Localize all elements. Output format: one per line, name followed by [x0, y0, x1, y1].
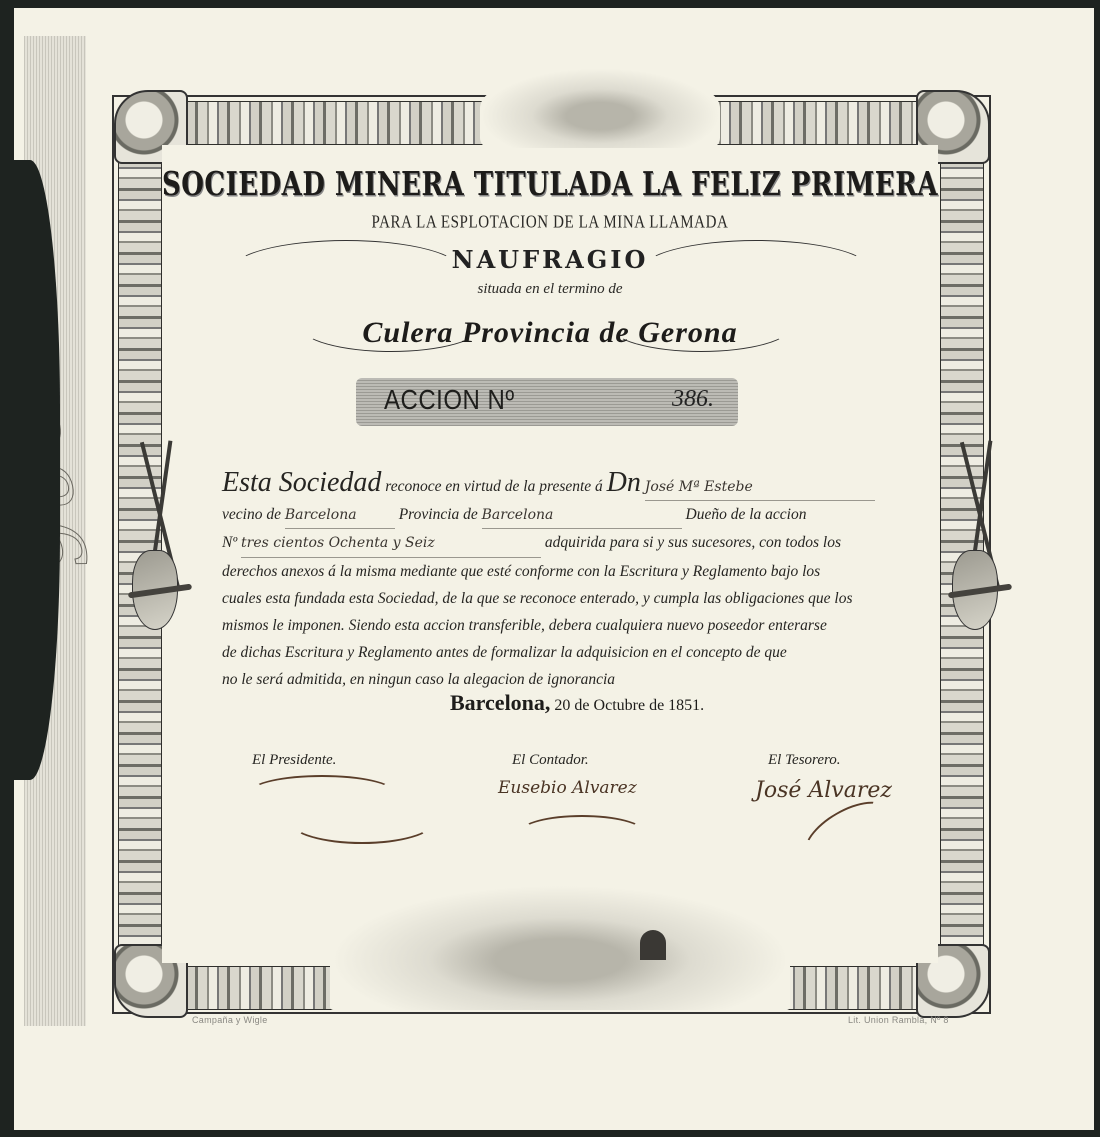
mine-name: NAUFRAGIO	[162, 245, 938, 274]
mine-entrance-icon	[640, 930, 666, 960]
residence-field: Barcelona	[285, 502, 395, 529]
torn-edge	[0, 160, 60, 780]
signature-paraph	[290, 800, 434, 844]
share-label: ACCION Nº	[384, 385, 515, 417]
purpose-subtitle: PARA LA ESPLOTACION DE LA MINA LLAMADA	[162, 213, 938, 233]
holder-name-field: José Mª Estebe	[645, 474, 875, 501]
province-field: Barcelona	[482, 502, 682, 529]
share-number: 386.	[672, 386, 714, 413]
printer-imprint: Lit. Union Rambla, Nº 8	[848, 1015, 949, 1025]
engraver-imprint: Campaña y Wigle	[192, 1015, 268, 1025]
text-line: cuales esta fundada esta Sociedad, de la…	[222, 586, 952, 613]
text-line: Nº tres cientos Ochenta y Seiz adquirida…	[222, 530, 952, 558]
president-label: El Presidente.	[252, 752, 336, 769]
text-line: de dichas Escritura y Reglamento antes d…	[222, 640, 952, 667]
accountant-label: El Contador.	[512, 752, 589, 769]
share-words-field: tres cientos Ochenta y Seiz	[241, 530, 541, 557]
signature-paraph	[520, 815, 644, 849]
share-number-panel: ACCION Nº 386.	[356, 378, 738, 426]
mining-tools-trophy-icon	[128, 440, 192, 640]
mine-landscape-vignette	[330, 885, 790, 1010]
company-title: SOCIEDAD MINERA TITULADA LA FELIZ PRIMER…	[162, 166, 938, 204]
mine-location: Culera Provincia de Gerona	[162, 316, 938, 350]
certificate-text: Esta Sociedad reconoce en virtud de la p…	[222, 470, 952, 695]
place-and-date: Barcelona, 20 de Octubre de 1851.	[450, 690, 704, 716]
treasurer-label: El Tesorero.	[768, 752, 841, 769]
situated-caption: situada en el termino de	[162, 281, 938, 298]
text-line: Esta Sociedad reconoce en virtud de la p…	[222, 470, 952, 502]
text-line: derechos anexos á la misma mediante que …	[222, 559, 952, 586]
treasurer-signature: José Alvarez	[755, 778, 892, 803]
hilltop-village-vignette	[480, 68, 720, 148]
text-line: mismos le imponen. Siendo esta accion tr…	[222, 613, 952, 640]
mining-tools-trophy-icon	[948, 440, 1012, 640]
text-line: vecino de Barcelona Provincia de Barcelo…	[222, 502, 952, 530]
accountant-signature: Eusebio Alvarez	[498, 778, 637, 798]
